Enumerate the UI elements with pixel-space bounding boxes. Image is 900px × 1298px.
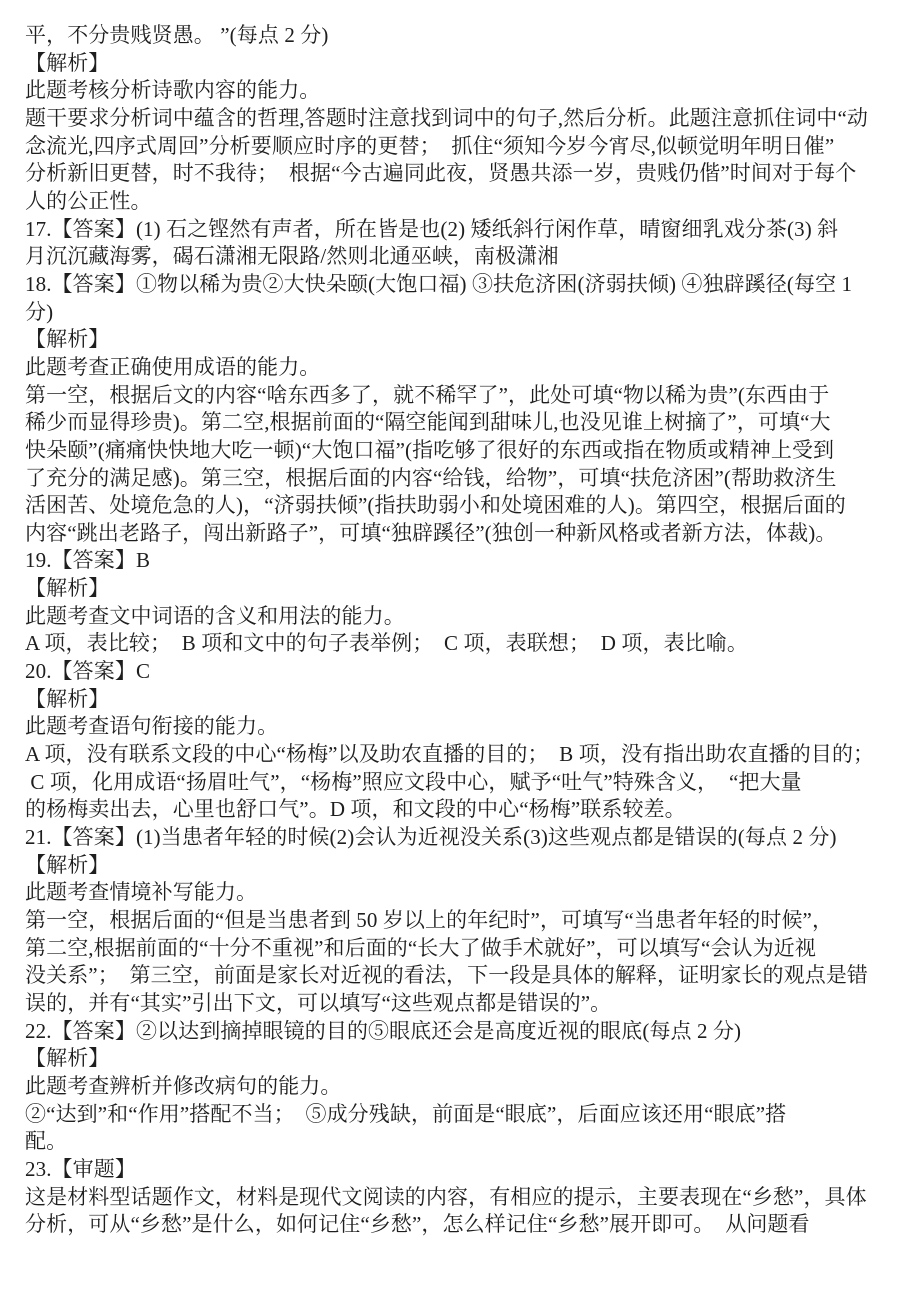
- document-text-block: 平，不分贵贱贤愚。 ”(每点 2 分) 【解析】 此题考核分析诗歌内容的能力。 …: [25, 22, 885, 1239]
- text-line: 19.【答案】B: [25, 547, 885, 575]
- text-line: 20.【答案】C: [25, 658, 885, 686]
- text-line: 此题考查语句衔接的能力。: [25, 713, 885, 741]
- text-line: 平，不分贵贱贤愚。 ”(每点 2 分): [25, 22, 885, 50]
- text-line: A 项，表比较； B 项和文中的句子表举例； C 项，表联想； D 项，表比喻。: [25, 630, 885, 658]
- text-line: 分析新旧更替，时不我待； 根据“今古遍同此夜，贤愚共添一岁，贵贱仍偕”时间对于每…: [25, 160, 885, 188]
- text-line: 这是材料型话题作文，材料是现代文阅读的内容，有相应的提示，主要表现在“乡愁”，具…: [25, 1184, 885, 1212]
- text-line: 配。: [25, 1128, 885, 1156]
- text-line: 活困苦、处境危急的人)，“济弱扶倾”(指扶助弱小和处境困难的人)。第四空，根据后…: [25, 492, 885, 520]
- text-line: 念流光,四序式周回”分析要顺应时序的更替； 抓住“须知今岁今宵尽,似顿觉明年明日…: [25, 133, 885, 161]
- text-line: ②“达到”和“作用”搭配不当； ⑤成分残缺，前面是“眼底”，后面应该还用“眼底”…: [25, 1101, 885, 1129]
- text-line: 22.【答案】②以达到摘掉眼镜的目的⑤眼底还会是高度近视的眼底(每点 2 分): [25, 1018, 885, 1046]
- text-line: 23.【审题】: [25, 1156, 885, 1184]
- text-line: 此题考查文中词语的含义和用法的能力。: [25, 603, 885, 631]
- text-line: 分析，可从“乡愁”是什么，如何记住“乡愁”，怎么样记住“乡愁”展开即可。 从问题…: [25, 1211, 885, 1239]
- text-line: 18.【答案】①物以稀为贵②大快朵颐(大饱口福) ③扶危济困(济弱扶倾) ④独辟…: [25, 271, 885, 299]
- text-line: 【解析】: [25, 852, 885, 880]
- text-line: 【解析】: [25, 1045, 885, 1073]
- text-line: 误的，并有“其实”引出下文，可以填写“这些观点都是错误的”。: [25, 990, 885, 1018]
- text-line: A 项，没有联系文段的中心“杨梅”以及助农直播的目的； B 项，没有指出助农直播…: [25, 741, 885, 769]
- text-line: 【解析】: [25, 686, 885, 714]
- text-line: 21.【答案】(1)当患者年轻的时候(2)会认为近视没关系(3)这些观点都是错误…: [25, 824, 885, 852]
- text-line: 内容“跳出老路子，闯出新路子”，可填“独辟蹊径”(独创一种新风格或者新方法，体裁…: [25, 520, 885, 548]
- text-line: 人的公正性。: [25, 188, 885, 216]
- text-line: 【解析】: [25, 575, 885, 603]
- text-line: 此题考查辨析并修改病句的能力。: [25, 1073, 885, 1101]
- text-line: 的杨梅卖出去，心里也舒口气”。D 项，和文段的中心“杨梅”联系较差。: [25, 796, 885, 824]
- text-line: 第二空,根据前面的“十分不重视”和后面的“长大了做手术就好”，可以填写“会认为近…: [25, 935, 885, 963]
- text-line: 17.【答案】(1) 石之铿然有声者，所在皆是也(2) 矮纸斜行闲作草，晴窗细乳…: [25, 216, 885, 244]
- text-line: 分): [25, 299, 885, 327]
- text-line: 没关系”； 第三空，前面是家长对近视的看法，下一段是具体的解释，证明家长的观点是…: [25, 962, 885, 990]
- text-line: 月沉沉藏海雾，碣石潇湘无限路/然则北通巫峡，南极潇湘: [25, 243, 885, 271]
- text-line: C 项，化用成语“扬眉吐气”，“杨梅”照应文段中心，赋予“吐气”特殊含义， “把…: [25, 769, 885, 797]
- text-line: 了充分的满足感)。第三空，根据后面的内容“给钱，给物”，可填“扶危济困”(帮助救…: [25, 465, 885, 493]
- answer-key-page: { "colors": { "page_background": "#fffff…: [0, 0, 900, 1298]
- text-line: 第一空，根据后文的内容“啥东西多了，就不稀罕了”，此处可填“物以稀为贵”(东西由…: [25, 382, 885, 410]
- text-line: 题干要求分析词中蕴含的哲理,答题时注意找到词中的句子,然后分析。此题注意抓住词中…: [25, 105, 885, 133]
- text-line: 快朵颐”(痛痛快快地大吃一顿)“大饱口福”(指吃够了很好的东西或指在物质或精神上…: [25, 437, 885, 465]
- text-line: 稀少而显得珍贵)。第二空,根据前面的“隔空能闻到甜味儿,也没见谁上树摘了”，可填…: [25, 409, 885, 437]
- text-line: 此题考核分析诗歌内容的能力。: [25, 77, 885, 105]
- text-line: 【解析】: [25, 50, 885, 78]
- text-line: 【解析】: [25, 326, 885, 354]
- text-line: 第一空，根据后面的“但是当患者到 50 岁以上的年纪时”，可填写“当患者年轻的时…: [25, 907, 885, 935]
- text-line: 此题考查正确使用成语的能力。: [25, 354, 885, 382]
- text-line: 此题考查情境补写能力。: [25, 879, 885, 907]
